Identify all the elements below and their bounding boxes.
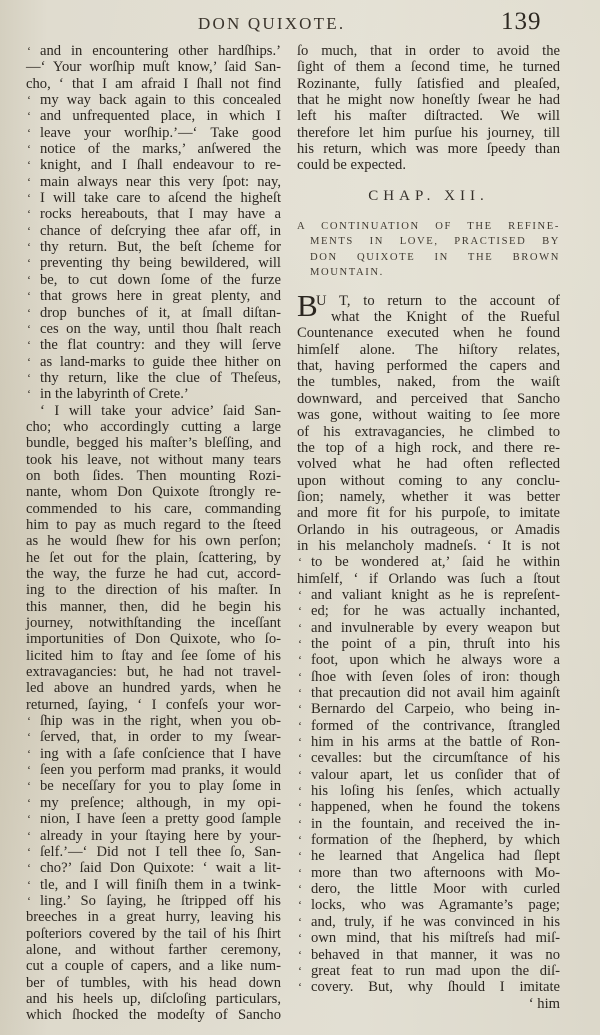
book-page: DON QUIXOTE. 139 and in encountering oth… — [0, 0, 600, 1035]
text-line: left his maſter diſtracted. We will — [297, 108, 560, 124]
chapter-subtitle-line: MOUNTAIN. — [297, 265, 560, 281]
text-line: and his heels up, diſcloſing particulars… — [26, 991, 281, 1007]
text-line: journey, notwithſtanding the inceſſant — [26, 615, 281, 631]
text-line: rocks hereabouts, that I may have a — [26, 206, 281, 222]
page-number: 139 — [501, 8, 542, 36]
text-line: and invulnerable by every weapon but — [297, 620, 560, 636]
text-line: be neceſſary for you to play ſome in — [26, 778, 281, 794]
text-line: main always near this very ſpot: nay, — [26, 174, 281, 190]
text-line: behaved in that manner, it was no — [297, 947, 560, 963]
text-line: poſteriors covered by the tail of his ſh… — [26, 926, 281, 942]
right-column-intro: ſo much, that in order to avoid theſight… — [297, 43, 560, 174]
text-line: which ſhocked the modeſty of Sancho — [26, 1007, 281, 1023]
text-line: him to pay as much regard to the ſteed — [26, 517, 281, 533]
text-line: that grows here in great plenty, and — [26, 288, 281, 304]
text-line: ſion; namely, whether it was better — [297, 489, 560, 505]
text-line: the way, the furze he had cut, accord- — [26, 566, 281, 582]
right-column: ſo much, that in order to avoid theſight… — [297, 43, 560, 1012]
text-line: alone, and without farther ceremony, — [26, 942, 281, 958]
text-line: the top of a high rock, and there re- — [297, 440, 560, 456]
text-line: licited him to ſtay and ſee ſome of his — [26, 648, 281, 664]
text-line: happened, when he found the tokens — [297, 799, 560, 815]
text-line: his loſing his ſenſes, which actually — [297, 783, 560, 799]
chapter-subtitle-line: MENTS IN LOVE, PRACTISED BY — [297, 234, 560, 250]
text-line: himſelf alone. The hiſtory relates, — [297, 342, 560, 358]
text-line: my preſence; although, in my opi- — [26, 795, 281, 811]
chapter-subtitle: A CONTINUATION OF THE REFINE-MENTS IN LO… — [297, 219, 560, 281]
text-line: upon without coming to any conclu- — [297, 473, 560, 489]
text-line: ‘ I will take your advice’ ſaid San- — [26, 403, 281, 419]
text-line: ſerved, that, in order to my ſwear- — [26, 729, 281, 745]
text-line: led above an hundred yards, when he — [26, 680, 281, 696]
text-line: formed of the contrivance, ſtrangled — [297, 718, 560, 734]
chapter-subtitle-line: A CONTINUATION OF THE REFINE- — [297, 219, 560, 235]
text-line: nion, I have ſeen a pretty good ſample — [26, 811, 281, 827]
text-line: Bernardo del Carpeio, who being in- — [297, 701, 560, 717]
text-line: ſhoe with ſeven ſoles of iron: though — [297, 669, 560, 685]
text-line: be, to cut down ſome of the furze — [26, 272, 281, 288]
text-line: U T, to return to the account of — [297, 293, 560, 309]
text-line: my way back again to this concealed — [26, 92, 281, 108]
text-line: the tumbles, naked, from the waiſt — [297, 374, 560, 390]
text-line: ed; for he was actually inchanted, — [297, 603, 560, 619]
text-line: tle, and I will finiſh them in a twink- — [26, 877, 281, 893]
text-line: ing with a ſafe conſcience that I have — [26, 746, 281, 762]
text-line: knight, and I ſhall endeavour to re- — [26, 157, 281, 173]
text-line: therefore let him purſue his journey, ti… — [297, 125, 560, 141]
text-line: cevalles: but the circumſtance of his — [297, 750, 560, 766]
text-line: Rozinante, fully ſatisfied and pleaſed, — [297, 76, 560, 92]
text-line: valour apart, let us conſider that of — [297, 767, 560, 783]
text-line: returned, ſaying, ‘ I confeſs your wor- — [26, 697, 281, 713]
text-line: I will take care to aſcend the higheſt — [26, 190, 281, 206]
text-line: and unfrequented place, in which I — [26, 108, 281, 124]
text-line: in the fountain, and received the in- — [297, 816, 560, 832]
text-line: his return, which was more ſpeedy than — [297, 141, 560, 157]
text-line: drop bunches of it, at ſmall diſtan- — [26, 305, 281, 321]
text-line: took his leave, not without many tears — [26, 452, 281, 468]
text-line: thy return, like the clue of Theſeus, — [26, 370, 281, 386]
text-line: cho?’ ſaid Don Quixote: ‘ wait a lit- — [26, 860, 281, 876]
chapter-body-lines: U T, to return to the account ofwhat the… — [297, 293, 560, 996]
text-line: he learned that Angelica had ſlept — [297, 848, 560, 864]
text-line: ſight of them a ſecond time, he turned — [297, 59, 560, 75]
text-line: cho; who accordingly cutting a large — [26, 419, 281, 435]
text-line: importunities of Don Quixote, who ſo- — [26, 631, 281, 647]
text-line: leave your worſhip.’—‘ Take good — [26, 125, 281, 141]
chapter-title: CHAP. XII. — [297, 188, 560, 205]
text-line: —‘ Your worſhip muſt know,’ ſaid San- — [26, 59, 281, 75]
text-line: foot, upon which he always wore a — [297, 652, 560, 668]
chapter-body: B U T, to return to the account ofwhat t… — [297, 293, 560, 996]
text-line: cut a couple of capers, and a like num- — [26, 958, 281, 974]
text-line: breeches in a great hurry, leaving his — [26, 909, 281, 925]
text-line: in his melancholy madneſs. ‘ It is not — [297, 538, 560, 554]
text-line: formation of the ſhepherd, by which — [297, 832, 560, 848]
text-line: this manner, then, did he begin his — [26, 599, 281, 615]
text-line: chance of deſcrying thee afar off, in — [26, 223, 281, 239]
text-line: extravagancies: but, he had not travel- — [26, 664, 281, 680]
text-line: ces on the way, until thou ſhalt reach — [26, 321, 281, 337]
text-line: great feat to run mad upon the diſ- — [297, 963, 560, 979]
text-line: on both ſides. Then mounting Rozi- — [26, 468, 281, 484]
left-column: and in encountering other hardſhips.’—‘ … — [26, 43, 281, 1024]
text-line: ſeen you perform mad pranks, it would — [26, 762, 281, 778]
text-line: that, having performed the capers and — [297, 358, 560, 374]
running-title: DON QUIXOTE. — [198, 14, 345, 34]
text-line: of his extravagancies, he climbed to — [297, 424, 560, 440]
text-line: the point of a pin, thruſt into his — [297, 636, 560, 652]
text-line: as he would ſhew for his own perſon; — [26, 533, 281, 549]
text-line: ing to the direction of his maſter. In — [26, 582, 281, 598]
text-line: in the labyrinth of Crete.’ — [26, 386, 281, 402]
text-line: ſhip was in the right, when you ob- — [26, 713, 281, 729]
text-line: dero, the little Moor with curled — [297, 881, 560, 897]
chapter-subtitle-line: DON QUIXOTE IN THE BROWN — [297, 250, 560, 266]
text-line: and, truly, if he was convinced in his — [297, 914, 560, 930]
text-line: that precaution did not avail him againſ… — [297, 685, 560, 701]
text-line: cho, ‘ that I am afraid I ſhall not find — [26, 76, 281, 92]
text-line: and valiant knight as he is repreſent- — [297, 587, 560, 603]
text-line: he ſet out for the plain, ſcattering, by — [26, 550, 281, 566]
text-line: ſo much, that in order to avoid the — [297, 43, 560, 59]
text-line: and in encountering other hardſhips.’ — [26, 43, 281, 59]
text-line: notice of the marks,’ anſwered the — [26, 141, 281, 157]
text-line: more than two afternoons with Mo- — [297, 865, 560, 881]
text-line: what the Knight of the Rueful — [297, 309, 560, 325]
text-line: already in your ſtaying here by your- — [26, 828, 281, 844]
text-line: covery. But, why ſhould I imitate — [297, 979, 560, 995]
text-line: volved what he had often reflected — [297, 456, 560, 472]
text-line: bundle, begged his maſter’s bleſſing, an… — [26, 435, 281, 451]
text-line: him in his arms at the battle of Ron- — [297, 734, 560, 750]
text-line: own mind, that his miſtreſs had miſ- — [297, 930, 560, 946]
text-line: as land-marks to guide thee hither on — [26, 354, 281, 370]
text-line: commended to his care, commanding — [26, 501, 281, 517]
text-line: nante, whom Don Quixote ſtrongly re- — [26, 484, 281, 500]
catchword: ‘ him — [297, 996, 560, 1012]
text-line: preventing thy being bewildered, will — [26, 255, 281, 271]
text-line: and more fit for his purpoſe, to imitate — [297, 505, 560, 521]
text-line: locks, who was Agramante’s page; — [297, 897, 560, 913]
running-head: DON QUIXOTE. 139 — [0, 8, 600, 38]
text-line: could be expected. — [297, 157, 560, 173]
text-line: ling.’ So ſaying, he ſtripped off his — [26, 893, 281, 909]
text-line: downward, and perceived that Sancho — [297, 391, 560, 407]
text-line: ſelf.’—‘ Did not I tell thee ſo, San- — [26, 844, 281, 860]
text-line: Countenance executed when he found — [297, 325, 560, 341]
text-line: ber of tumbles, with his head down — [26, 975, 281, 991]
text-line: that he might now honeſtly ſwear he had — [297, 92, 560, 108]
text-line: Orlando in his outrageous, or Amadis — [297, 522, 560, 538]
text-line: himſelf, ‘ if Orlando was ſuch a ſtout — [297, 571, 560, 587]
text-line: to be wondered at,’ ſaid he within — [297, 554, 560, 570]
text-line: was gone, without waiting to ſee more — [297, 407, 560, 423]
text-line: thy return. But, the beſt ſcheme for — [26, 239, 281, 255]
text-line: the flat country: and they will ſerve — [26, 337, 281, 353]
